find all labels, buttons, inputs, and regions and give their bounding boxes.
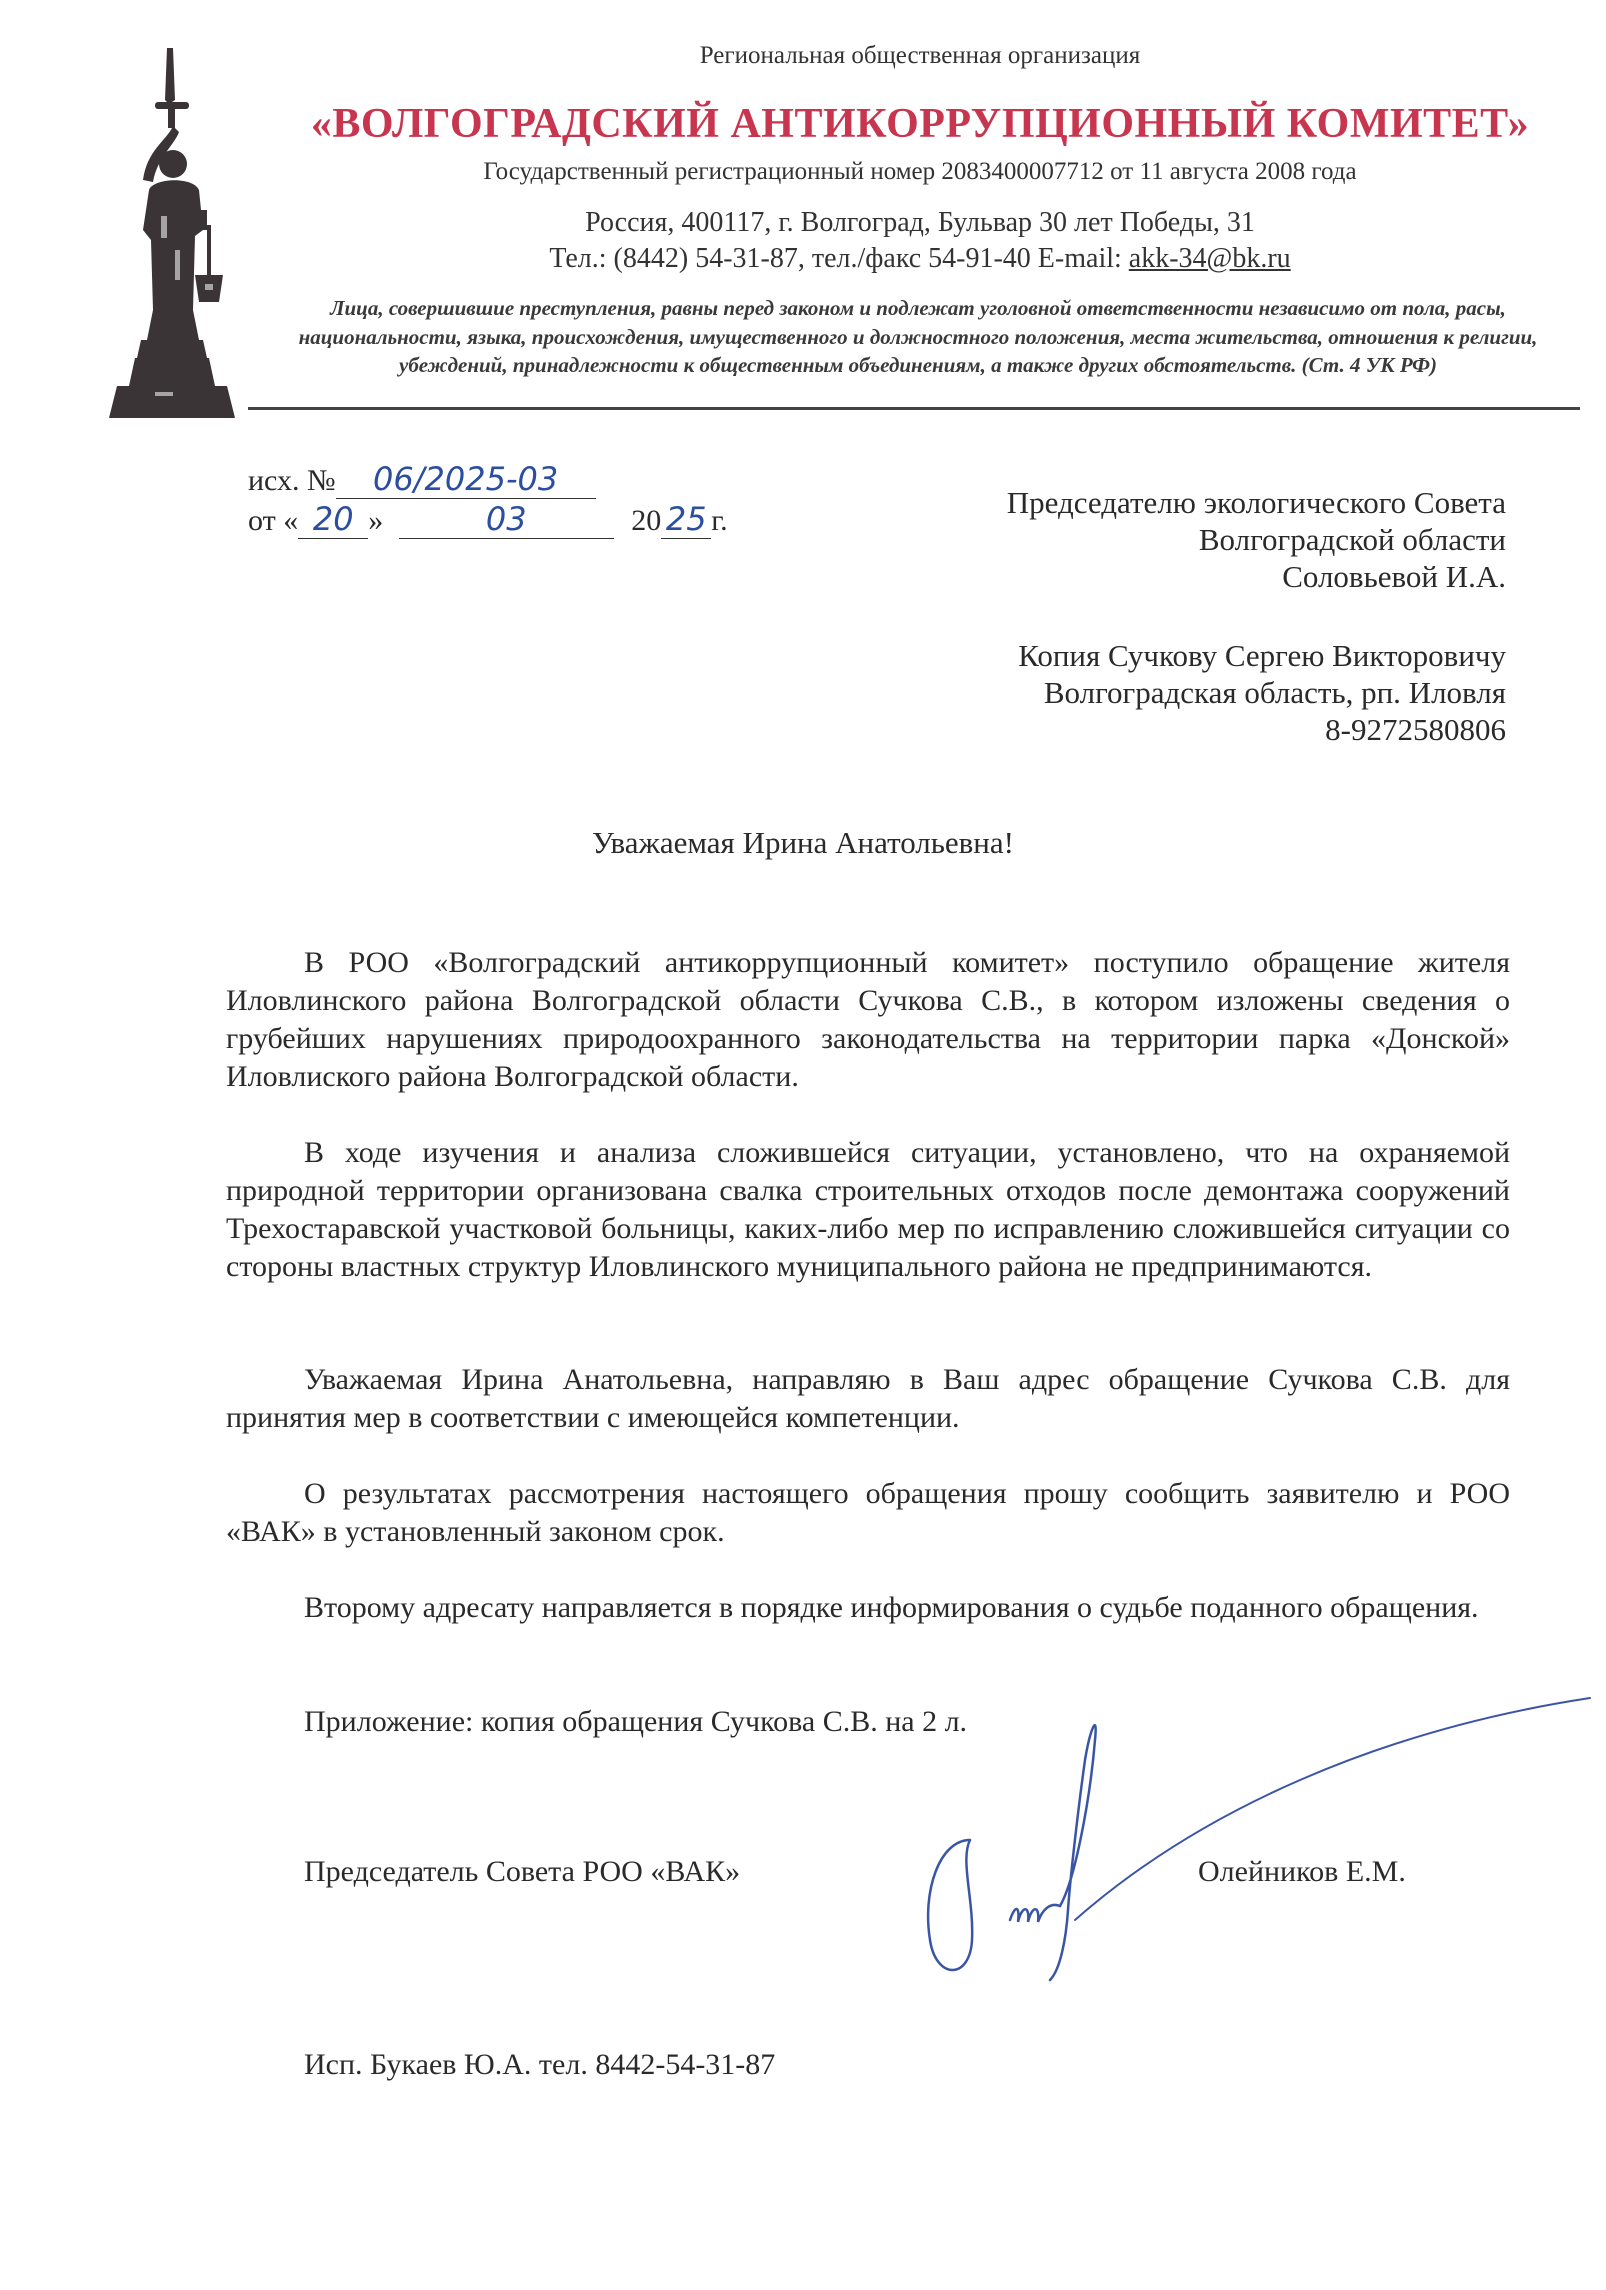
registration-number: Государственный регистрационный номер 20… bbox=[260, 158, 1580, 186]
outgoing-number-label: исх. № bbox=[248, 464, 336, 497]
paragraph-text: В РОО «Волгоградский антикоррупционный к… bbox=[226, 944, 1510, 1096]
org-address: Россия, 400117, г. Волгоград, Бульвар 30… bbox=[260, 207, 1580, 239]
date-month: 03 bbox=[399, 500, 614, 539]
body-paragraph: О результатах рассмотрения настоящего об… bbox=[226, 1475, 1510, 1551]
date-day-suffix: » bbox=[368, 504, 383, 537]
date-year-hand: 25 bbox=[661, 500, 711, 539]
handwritten-signature-icon bbox=[900, 1690, 1600, 1990]
signatory-name: Олейников Е.М. bbox=[1198, 1855, 1406, 1889]
phone-fax: Тел.: (8442) 54-31-87, тел./факс 54-91-4… bbox=[549, 243, 1128, 274]
copy-phone: 8-9272580806 bbox=[1018, 711, 1506, 748]
outgoing-number-value: 06/2025-03 bbox=[336, 460, 596, 499]
addressee-line: Председателю экологического Совета bbox=[1007, 484, 1506, 521]
addressee-line: Волгоградской области bbox=[1007, 521, 1506, 558]
body-paragraph: В РОО «Волгоградский антикоррупционный к… bbox=[226, 944, 1510, 1096]
body-paragraph: Уважаемая Ирина Анатольевна, направляю в… bbox=[226, 1361, 1510, 1437]
greeting: Уважаемая Ирина Анатольевна! bbox=[0, 825, 1606, 861]
org-type: Региональная общественная организация bbox=[260, 42, 1580, 70]
executor-info: Исп. Букаев Ю.А. тел. 8442-54-31-87 bbox=[304, 2048, 775, 2082]
addressee-primary: Председателю экологического Совета Волго… bbox=[1007, 484, 1506, 595]
paragraph-text: О результатах рассмотрения настоящего об… bbox=[226, 1475, 1510, 1551]
date-prefix: от « bbox=[248, 504, 298, 537]
copy-line: Копия Сучкову Сергею Викторовичу bbox=[1018, 637, 1506, 674]
body-paragraph: Второму адресату направляется в порядке … bbox=[226, 1589, 1510, 1627]
copy-line: Волгоградская область, рп. Иловля bbox=[1018, 674, 1506, 711]
greeting-text: Уважаемая Ирина Анатольевна! bbox=[592, 825, 1014, 861]
addressee-copy: Копия Сучкову Сергею Викторовичу Волгогр… bbox=[1018, 637, 1506, 748]
motto-quote: Лица, совершившие преступления, равны пе… bbox=[248, 294, 1588, 380]
paragraph-text: Второму адресату направляется в порядке … bbox=[226, 1589, 1510, 1627]
org-name-title: «ВОЛГОГРАДСКИЙ АНТИКОРРУПЦИОННЫЙ КОМИТЕТ… bbox=[260, 100, 1580, 148]
themis-statue-icon bbox=[95, 40, 245, 420]
email-link[interactable]: akk-34@bk.ru bbox=[1129, 243, 1291, 274]
date-day: 20 bbox=[298, 500, 368, 539]
outgoing-number: исх. №06/2025-03 bbox=[248, 460, 596, 499]
header-divider bbox=[248, 407, 1580, 410]
signatory-position: Председатель Совета РОО «ВАК» bbox=[304, 1855, 740, 1889]
paragraph-text: Уважаемая Ирина Анатольевна, направляю в… bbox=[226, 1361, 1510, 1437]
org-contacts: Тел.: (8442) 54-31-87, тел./факс 54-91-4… bbox=[260, 243, 1580, 275]
paragraph-text: В ходе изучения и анализа сложившейся си… bbox=[226, 1134, 1510, 1286]
date-year-prefix: 20 bbox=[631, 504, 661, 537]
addressee-line: Соловьевой И.А. bbox=[1007, 558, 1506, 595]
outgoing-date: от «20» 03 2025г. bbox=[248, 500, 728, 539]
body-paragraph: В ходе изучения и анализа сложившейся си… bbox=[226, 1134, 1510, 1286]
date-year-end: г. bbox=[711, 504, 727, 537]
